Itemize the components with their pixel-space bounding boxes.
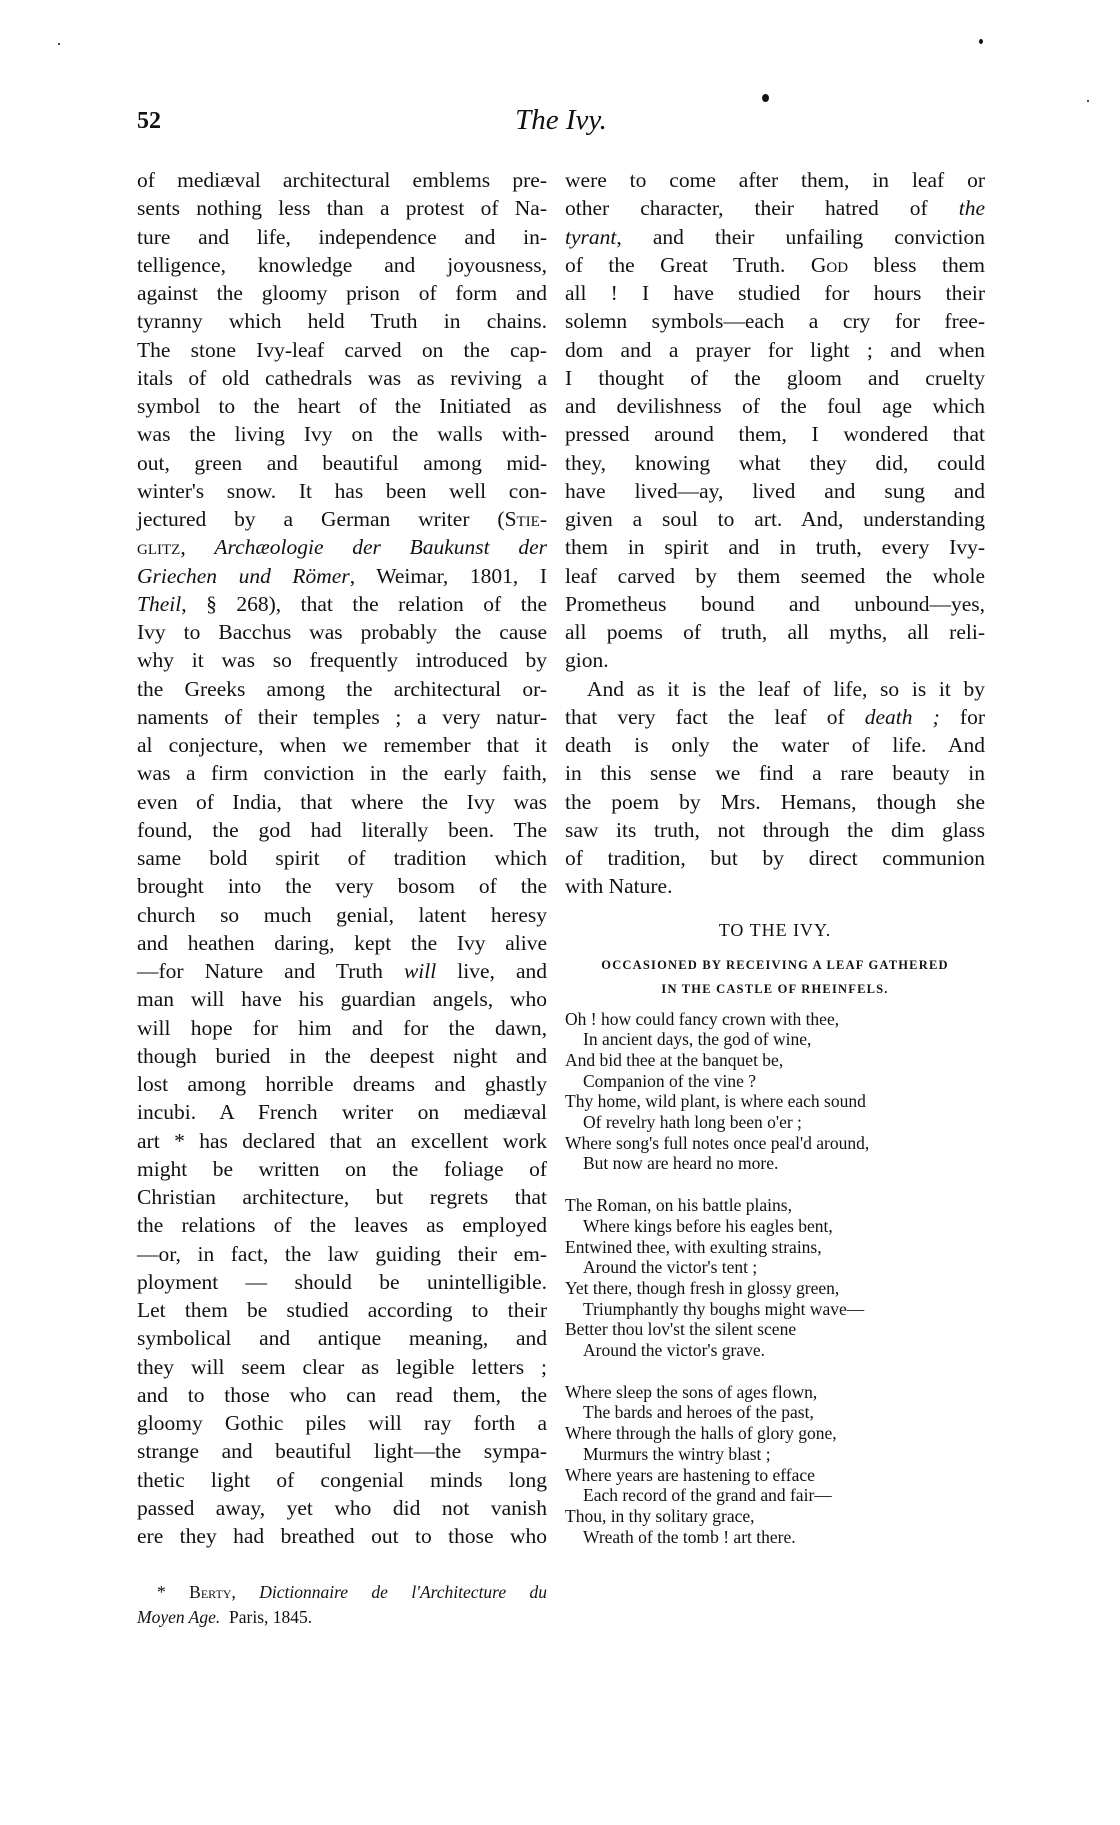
poem-title: TO THE IVY. bbox=[565, 913, 985, 947]
text-line: And as it is the leaf of life, so is it … bbox=[565, 675, 985, 703]
text-segment: , bbox=[231, 1582, 259, 1602]
author-name-smallcaps: glitz bbox=[137, 535, 180, 559]
text-line: in this sense we find a rare beauty in bbox=[565, 759, 985, 787]
god-smallcaps: God bbox=[811, 253, 848, 277]
text-line: art * has declared that an excellent wor… bbox=[137, 1127, 547, 1155]
text-line: telligence, knowledge and joyousness, bbox=[137, 251, 547, 279]
author-name-smallcaps: Stie- bbox=[505, 507, 547, 531]
text-line: lost among horrible dreams and ghastly bbox=[137, 1070, 547, 1098]
poem-line: Triumphantly thy boughs might wave— bbox=[565, 1299, 985, 1320]
text-segment: of the Great Truth. bbox=[565, 253, 811, 277]
text-line: will hope for him and for the dawn, bbox=[137, 1014, 547, 1042]
poem-line: The bards and heroes of the past, bbox=[565, 1402, 985, 1423]
poem-stanza: Oh ! how could fancy crown with thee, In… bbox=[565, 1009, 985, 1175]
text-line: though buried in the deepest night and bbox=[137, 1042, 547, 1070]
text-line: and devilishness of the foul age which bbox=[565, 392, 985, 420]
running-title: The Ivy. bbox=[137, 104, 985, 137]
poem-subtitle-line: OCCASIONED BY RECEIVING A LEAF GATHERED bbox=[565, 953, 985, 977]
poem-line: Better thou lov'st the silent scene bbox=[565, 1319, 985, 1340]
text-line: I thought of the gloom and cruelty bbox=[565, 364, 985, 392]
footnote-marker: * bbox=[157, 1582, 189, 1602]
text-line: all poems of truth, all myths, all reli- bbox=[565, 618, 985, 646]
poem-line: Thy home, wild plant, is where each soun… bbox=[565, 1091, 985, 1112]
scan-speck bbox=[979, 39, 983, 44]
poem-line: Wreath of the tomb ! art there. bbox=[565, 1527, 985, 1548]
left-column: of mediæval architectural emblems pre- s… bbox=[137, 166, 547, 1550]
poem-subtitle-line: IN THE CASTLE OF RHEINFELS. bbox=[565, 977, 985, 1001]
text-line: found, the god had literally been. The bbox=[137, 816, 547, 844]
text-line: death is only the water of life. And bbox=[565, 731, 985, 759]
text-line: thetic light of congenial minds long bbox=[137, 1466, 547, 1494]
text-line: of tradition, but by direct communion bbox=[565, 844, 985, 872]
text-line: Christian architecture, but regrets that bbox=[137, 1183, 547, 1211]
poem-subtitle: OCCASIONED BY RECEIVING A LEAF GATHERED … bbox=[565, 953, 985, 1001]
scan-speck bbox=[58, 43, 60, 45]
poem-line: The Roman, on his battle plains, bbox=[565, 1195, 985, 1216]
text-line: Prometheus bound and unbound—yes, bbox=[565, 590, 985, 618]
text-line: the relations of the leaves as employed bbox=[137, 1211, 547, 1239]
text-segment: —for Nature and Truth bbox=[137, 959, 404, 983]
text-line: Griechen und Römer, Weimar, 1801, I bbox=[137, 562, 547, 590]
footnote-author: Berty bbox=[189, 1582, 231, 1602]
text-line: symbol to the heart of the Initiated as bbox=[137, 392, 547, 420]
text-line: jectured by a German writer (Stie- bbox=[137, 505, 547, 533]
text-line: same bold spirit of tradition which bbox=[137, 844, 547, 872]
text-line: passed away, yet who did not vanish bbox=[137, 1494, 547, 1522]
text-line: all ! I have studied for hours their bbox=[565, 279, 985, 307]
text-segment: live, and bbox=[436, 959, 547, 983]
text-segment: other character, their hatred of bbox=[565, 196, 959, 220]
scan-speck bbox=[762, 94, 769, 102]
book-part-italic: Theil bbox=[137, 592, 181, 616]
text-segment: bless them bbox=[848, 253, 985, 277]
text-line: and to those who can read them, the bbox=[137, 1381, 547, 1409]
text-line: were to come after them, in leaf or bbox=[565, 166, 985, 194]
text-line: and heathen daring, kept the Ivy alive bbox=[137, 929, 547, 957]
text-line: strange and beautiful light—the sympa- bbox=[137, 1437, 547, 1465]
text-line: with Nature. bbox=[565, 872, 985, 900]
poem-line: But now are heard no more. bbox=[565, 1153, 985, 1174]
text-line: the Greeks among the architectural or- bbox=[137, 675, 547, 703]
text-line: gloomy Gothic piles will ray forth a bbox=[137, 1409, 547, 1437]
text-line: Let them be studied according to their bbox=[137, 1296, 547, 1324]
text-line: might be written on the foliage of bbox=[137, 1155, 547, 1183]
text-line: against the gloomy prison of form and bbox=[137, 279, 547, 307]
text-line: given a soul to art. And, understanding bbox=[565, 505, 985, 533]
poem-line: Around the victor's tent ; bbox=[565, 1257, 985, 1278]
text-line: out, green and beautiful among mid- bbox=[137, 449, 547, 477]
poem-line: Where through the halls of glory gone, bbox=[565, 1423, 985, 1444]
text-line: even of India, that where the Ivy was bbox=[137, 788, 547, 816]
text-line: other character, their hatred of the bbox=[565, 194, 985, 222]
text-line: naments of their temples ; a very natur- bbox=[137, 703, 547, 731]
text-line: ture and life, independence and in- bbox=[137, 223, 547, 251]
text-line: ere they had breathed out to those who bbox=[137, 1522, 547, 1550]
text-line: that very fact the leaf of death ; for bbox=[565, 703, 985, 731]
stanza-break bbox=[565, 1174, 985, 1195]
emphasis-italic: the bbox=[959, 196, 985, 220]
text-line: they, knowing what they did, could bbox=[565, 449, 985, 477]
text-line: pressed around them, I wondered that bbox=[565, 420, 985, 448]
text-line: Theil, § 268), that the relation of the bbox=[137, 590, 547, 618]
text-line: them in spirit and in truth, every Ivy- bbox=[565, 533, 985, 561]
emphasis-italic: tyrant bbox=[565, 225, 616, 249]
text-line: incubi. A French writer on mediæval bbox=[137, 1098, 547, 1126]
text-segment: , Weimar, 1801, I bbox=[350, 564, 547, 588]
footnote-title: Moyen Age. bbox=[137, 1607, 220, 1627]
poem-line: Yet there, though fresh in glossy green, bbox=[565, 1278, 985, 1299]
text-line: have lived—ay, lived and sung and bbox=[565, 477, 985, 505]
text-line: why it was so frequently introduced by bbox=[137, 646, 547, 674]
text-line: tyranny which held Truth in chains. bbox=[137, 307, 547, 335]
text-segment: jectured by a German writer ( bbox=[137, 507, 505, 531]
text-segment: that very fact the leaf of bbox=[565, 705, 865, 729]
text-line: was the living Ivy on the walls with- bbox=[137, 420, 547, 448]
text-line: dom and a prayer for light ; and when bbox=[565, 336, 985, 364]
text-line: symbolical and antique meaning, and bbox=[137, 1324, 547, 1352]
poem-stanza: The Roman, on his battle plains, Where k… bbox=[565, 1195, 985, 1361]
text-line: gion. bbox=[565, 646, 985, 674]
text-segment: , and their unfailing conviction bbox=[616, 225, 985, 249]
footnote-imprint: Paris, 1845. bbox=[220, 1607, 312, 1627]
text-line: they will seem clear as legible letters … bbox=[137, 1353, 547, 1381]
scan-speck bbox=[1087, 100, 1089, 102]
footnote: * Berty, Dictionnaire de l'Architecture … bbox=[137, 1580, 547, 1630]
poem-line: Where sleep the sons of ages flown, bbox=[565, 1382, 985, 1403]
text-line: brought into the very bosom of the bbox=[137, 872, 547, 900]
poem-line: Oh ! how could fancy crown with thee, bbox=[565, 1009, 985, 1030]
poem-body: Oh ! how could fancy crown with thee, In… bbox=[565, 1009, 985, 1548]
text-line: ployment — should be unintelligible. bbox=[137, 1268, 547, 1296]
text-line: the poem by Mrs. Hemans, though she bbox=[565, 788, 985, 816]
poem-line: Where song's full notes once peal'd arou… bbox=[565, 1133, 985, 1154]
text-line: itals of old cathedrals was as reviving … bbox=[137, 364, 547, 392]
poem-line: Murmurs the wintry blast ; bbox=[565, 1444, 985, 1465]
text-line: The stone Ivy-leaf carved on the cap- bbox=[137, 336, 547, 364]
text-line: glitz, Archæologie der Baukunst der bbox=[137, 533, 547, 561]
text-line: —for Nature and Truth will live, and bbox=[137, 957, 547, 985]
text-line: al conjecture, when we remember that it bbox=[137, 731, 547, 759]
text-line: winter's snow. It has been well con- bbox=[137, 477, 547, 505]
text-line: sents nothing less than a protest of Na- bbox=[137, 194, 547, 222]
text-line: Ivy to Bacchus was probably the cause bbox=[137, 618, 547, 646]
text-segment: , § 268), that the relation of the bbox=[181, 592, 547, 616]
text-segment: for bbox=[940, 705, 985, 729]
footnote-line: * Berty, Dictionnaire de l'Architecture … bbox=[137, 1580, 547, 1605]
right-column: were to come after them, in leaf or othe… bbox=[565, 166, 985, 1547]
poem-line: Around the victor's grave. bbox=[565, 1340, 985, 1361]
text-line: of the Great Truth. God bless them bbox=[565, 251, 985, 279]
running-head: 52 The Ivy. bbox=[137, 104, 985, 144]
text-line: of mediæval architectural emblems pre- bbox=[137, 166, 547, 194]
text-line: church so much genial, latent heresy bbox=[137, 901, 547, 929]
text-line: tyrant, and their unfailing conviction bbox=[565, 223, 985, 251]
emphasis-italic: will bbox=[404, 959, 436, 983]
poem-line: And bid thee at the banquet be, bbox=[565, 1050, 985, 1071]
stanza-break bbox=[565, 1361, 985, 1382]
emphasis-italic: death ; bbox=[865, 705, 940, 729]
poem-line: Where kings before his eagles bent, bbox=[565, 1216, 985, 1237]
poem-stanza: Where sleep the sons of ages flown, The … bbox=[565, 1382, 985, 1548]
poem-line: Thou, in thy solitary grace, bbox=[565, 1506, 985, 1527]
text-line: man will have his guardian angels, who bbox=[137, 985, 547, 1013]
text-line: was a firm conviction in the early faith… bbox=[137, 759, 547, 787]
text-line: saw its truth, not through the dim glass bbox=[565, 816, 985, 844]
book-title-italic: Archæologie der Baukunst der bbox=[214, 535, 547, 559]
poem-line: Companion of the vine ? bbox=[565, 1071, 985, 1092]
poem-line: Entwined thee, with exulting strains, bbox=[565, 1237, 985, 1258]
poem-line: Each record of the grand and fair— bbox=[565, 1485, 985, 1506]
footnote-title: Dictionnaire de l'Architecture du bbox=[259, 1582, 547, 1602]
text-line: solemn symbols—each a cry for free- bbox=[565, 307, 985, 335]
book-title-italic: Griechen und Römer bbox=[137, 564, 350, 588]
poem-line: Of revelry hath long been o'er ; bbox=[565, 1112, 985, 1133]
poem-line: Where years are hastening to efface bbox=[565, 1465, 985, 1486]
footnote-line: Moyen Age. Paris, 1845. bbox=[137, 1605, 547, 1630]
poem-line: In ancient days, the god of wine, bbox=[565, 1029, 985, 1050]
text-segment: , bbox=[180, 535, 214, 559]
text-line: —or, in fact, the law guiding their em- bbox=[137, 1240, 547, 1268]
text-line: leaf carved by them seemed the whole bbox=[565, 562, 985, 590]
